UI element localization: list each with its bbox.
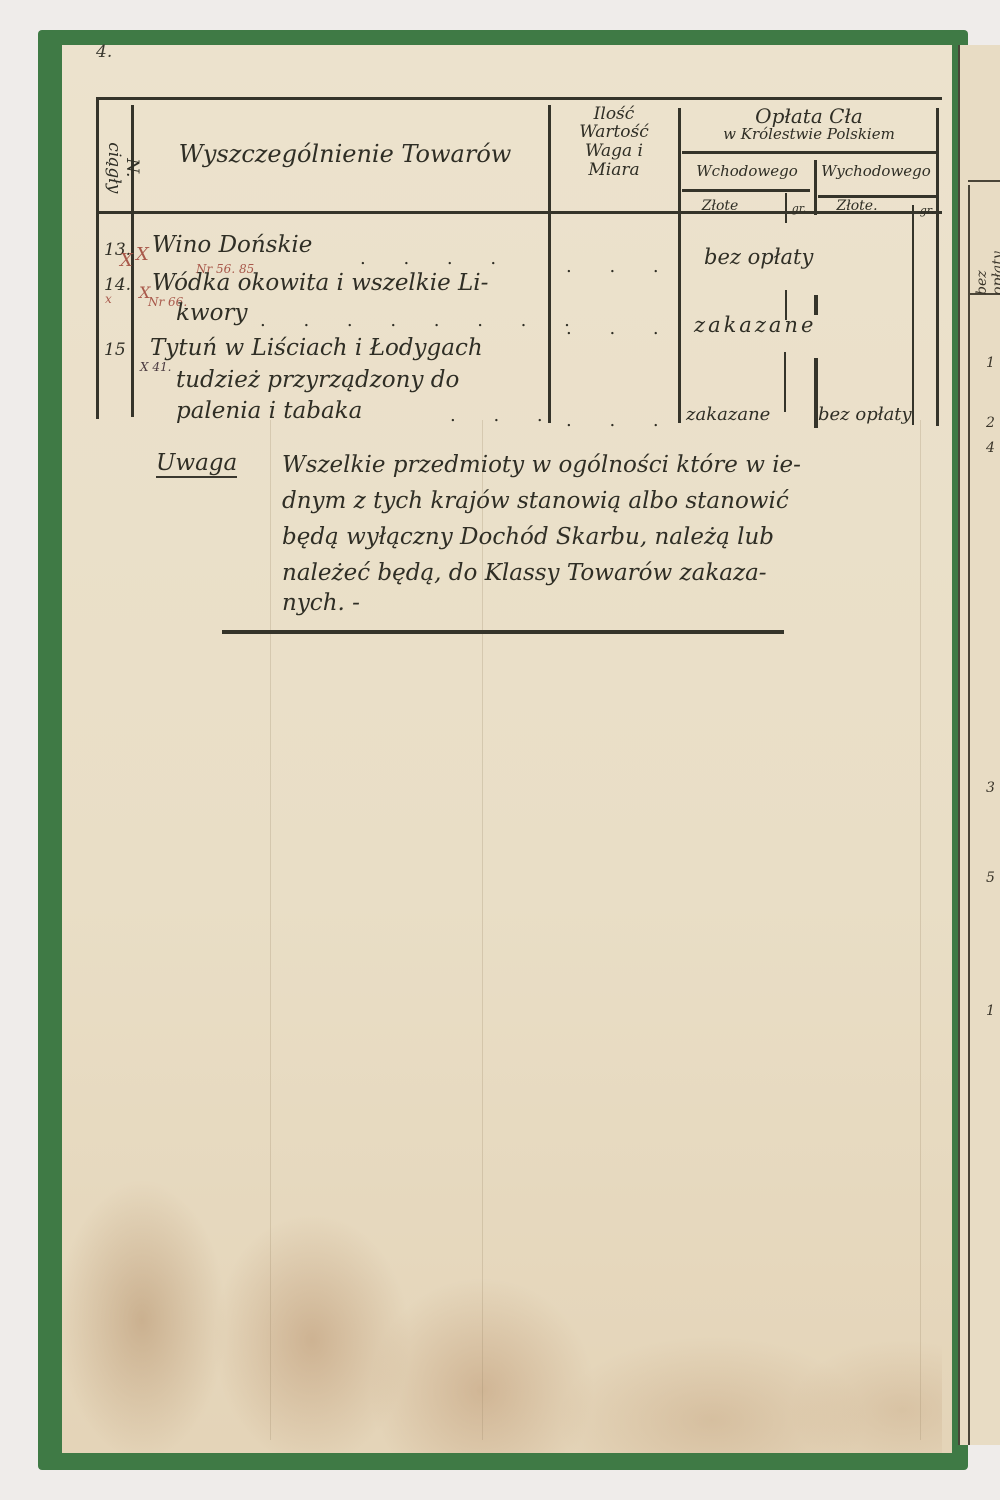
header-export-gr: gr. [916,205,938,217]
item-description: Wino Dońskie [152,232,312,258]
header-export-zlote: Złote. [822,199,892,214]
note-line: nych. - [282,590,360,616]
header-number-column: N. ciągły [104,138,140,198]
annotation: X 41. [140,360,171,374]
item-description-cont: tudzież przyrządzony do [176,367,459,393]
water-stain [62,1060,942,1453]
item-description: Tytuń w Liściach i Łodygach [150,335,483,361]
item-description: Wódka okowita i wszelkie Li- [152,270,488,296]
note-line: będą wyłączny Dochód Skarbu, należą lub [282,524,774,550]
quantity-value: . . . [566,256,675,277]
closing-rule [222,630,784,634]
item-description-cont: palenia i tabaka [176,398,362,424]
header-duty-title: Opłata Cła [682,106,936,127]
red-mark: X [120,250,133,271]
page-number: 4. [96,42,112,62]
quantity-value: . . . [566,410,675,431]
note-line: dnym z tych krajów stanowią albo stanowi… [282,488,789,514]
red-mark: X [136,244,149,265]
header-duty-subtitle: w Królestwie Polskiem [682,127,936,143]
header-import: Wchodowego [682,164,812,180]
header-description-column: Wyszczególnienie Towarów [150,142,540,167]
import-duty-value: zakazane [686,404,770,425]
header-import-gr: gr. [788,203,810,215]
note-line: Wszelkie przedmioty w ogólności które w … [282,452,801,478]
export-duty-value: bez opłaty [818,404,912,425]
faint-ruled-line [920,420,921,1440]
note-line: należeć będą, do Klassy Towarów zakaza- [282,560,767,586]
quantity-value: . . . [566,318,675,339]
adjacent-page-edge: bez opłaty 1 2 4 3 5 1 [958,45,1000,1445]
row-number: 15 [104,340,126,360]
import-duty-value: zakazane [694,313,816,337]
header-import-zlote: Złote [690,199,750,214]
import-duty-value: bez opłaty [704,245,813,269]
item-description-cont: kwory [176,300,247,326]
header-export: Wychodowego [816,164,936,180]
faint-ruled-line [270,420,271,1440]
note-label: Uwaga [156,450,237,478]
